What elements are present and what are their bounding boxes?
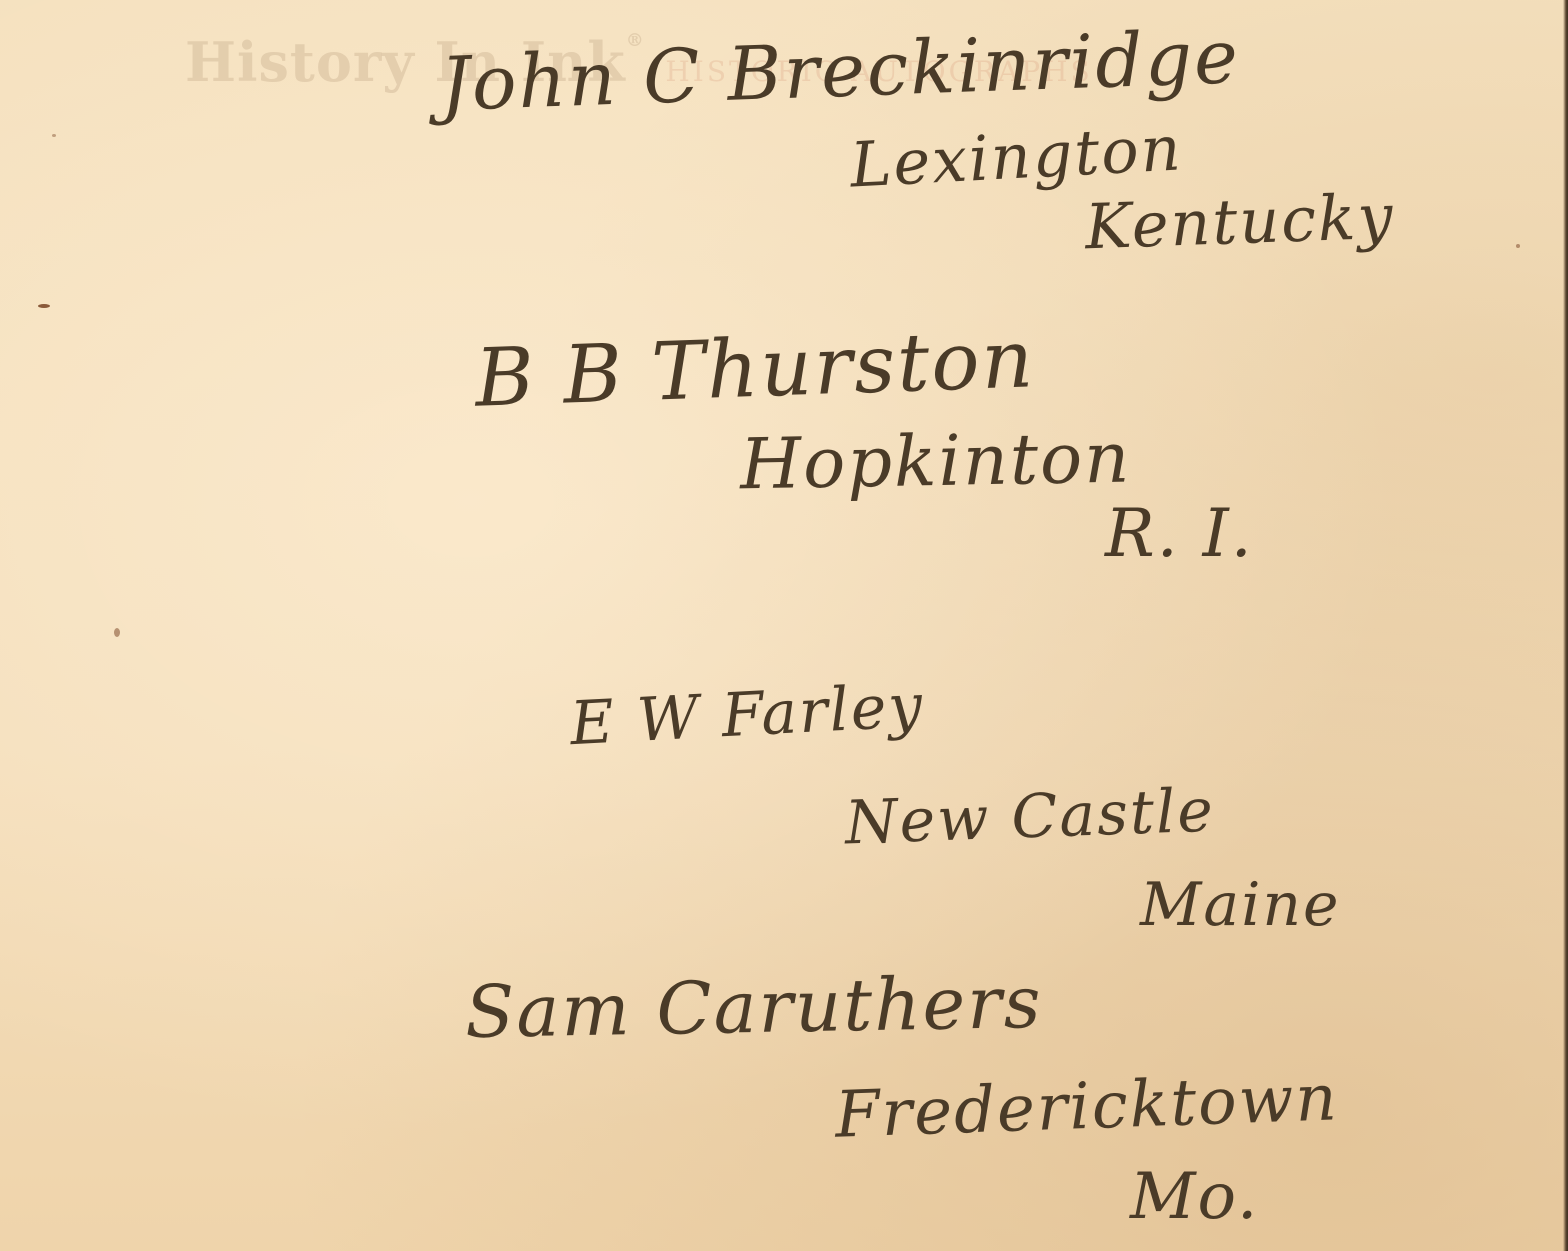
signature-caruthers: Sam Caruthers [464, 960, 1043, 1054]
location-line-maine: Maine [1140, 870, 1341, 940]
paper-speck [52, 134, 56, 137]
paper-speck [1516, 244, 1520, 248]
album-page: History In Ink® HISTORIC AUTOGRAPHS John… [0, 0, 1568, 1251]
location-line-fredericktown: Fredericktown [834, 1061, 1340, 1153]
location-line-new-castle: New Castle [844, 776, 1216, 859]
page-binding-edge [1563, 0, 1568, 1251]
location-line-rhode-island: R. I. [1105, 495, 1254, 572]
location-line-hopkinton: Hopkinton [739, 417, 1132, 506]
paper-speck [38, 304, 50, 308]
paper-speck [114, 628, 120, 637]
location-line-missouri: Mo. [1130, 1160, 1259, 1234]
location-line-kentucky: Kentucky [1084, 180, 1396, 264]
signature-farley: E W Farley [568, 671, 925, 759]
signature-thurston: B B Thurston [474, 312, 1037, 424]
